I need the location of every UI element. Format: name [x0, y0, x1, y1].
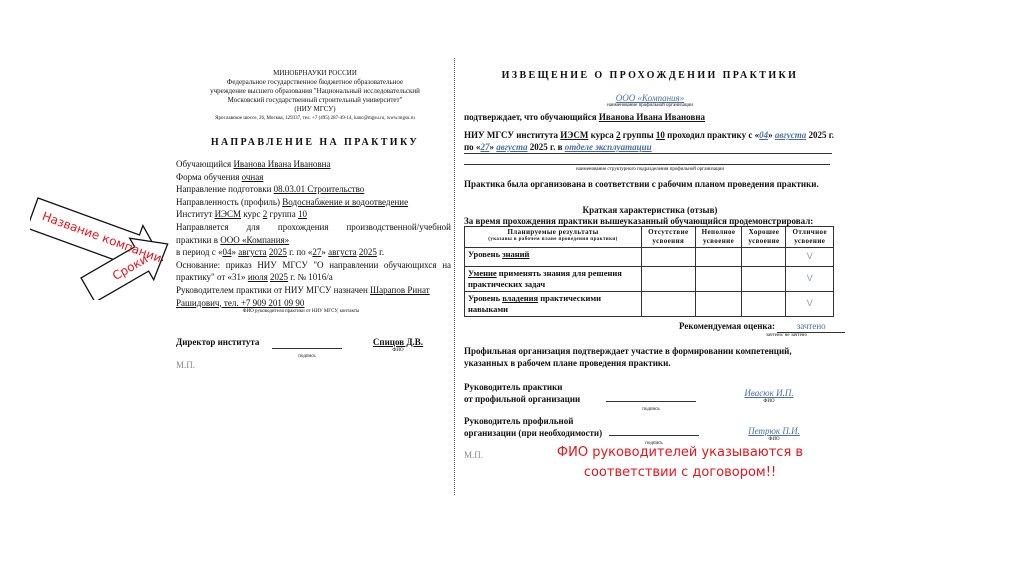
profile-value: Водоснабжение и водоотведение — [282, 197, 408, 207]
signature-line — [609, 425, 699, 436]
supervisor-prefix: Руководителем практики от НИУ МГСУ назна… — [176, 285, 368, 295]
org-line-1: Федеральное государственное бюджетное об… — [180, 78, 450, 87]
basis-word: обучающихся — [384, 259, 437, 272]
mark-cell — [695, 292, 742, 317]
director-name: Спицов Д.В. — [368, 336, 428, 348]
mark-cell — [642, 292, 696, 317]
supervisor-row: Руководителем практики от НИУ МГСУ назна… — [176, 284, 451, 297]
results-header-sub: (указаны в рабочем плане проведения прак… — [468, 237, 638, 243]
end-year-right: 2025 г. в — [530, 142, 563, 152]
end-month-right: августа — [496, 142, 527, 152]
org-short-name: (НИУ МГСУ) — [180, 105, 450, 114]
name-caption: ФИО — [368, 348, 428, 354]
review-title: Краткая характеристика (отзыв) — [464, 204, 836, 216]
sent-word: производственной/учебной — [346, 221, 451, 234]
checkmark-icon: V — [786, 267, 834, 292]
period-to-label: по « — [464, 142, 480, 152]
table-header-row: Планируемые результаты (указаны в рабоче… — [465, 227, 834, 248]
results-header: Планируемые результаты (указаны в рабоче… — [465, 227, 642, 248]
supervisor-org-name-field: Ивасюк И.П. ФИО — [734, 387, 804, 405]
table-row: Умение применять знания для решения прак… — [465, 267, 834, 292]
student-label: Обучающийся — [176, 159, 231, 169]
checkmark-icon: V — [786, 248, 834, 267]
mark-cell — [642, 248, 696, 267]
student-name: Иванова Ивана Ивановна — [233, 159, 330, 169]
sent-word: прохождения — [278, 221, 329, 234]
company-row: практики в ООО «Компания» — [176, 234, 451, 247]
grade-label: Рекомендуемая оценка: — [679, 321, 775, 331]
column-header: Хорошее усвоение — [742, 227, 786, 248]
start-month: августа — [238, 247, 266, 257]
criterion-text: Уровень — [468, 293, 502, 303]
criterion-keyword: знаний — [502, 249, 529, 259]
supervisor-org-block: Руководитель практики от профильной орга… — [464, 381, 836, 413]
institute-value: ИЭСМ — [215, 209, 241, 219]
column-header: Неполное усвоение — [695, 227, 742, 248]
column-header: Отличное усвоение — [786, 227, 834, 248]
department-caption: наименование структурного подразделения … — [464, 167, 836, 173]
course-label-right: курса — [591, 130, 614, 140]
practice-notice: ИЗВЕЩЕНИЕ О ПРОХОЖДЕНИИ ПРАКТИКИ ООО «Ко… — [464, 70, 836, 461]
basis-row-2: практику" от «31» июля 2025 г. № 1016/а — [176, 271, 451, 284]
competency-table: Планируемые результаты (указаны в рабоче… — [464, 226, 834, 317]
page-divider — [454, 58, 455, 495]
university-label: НИУ МГСУ института — [464, 130, 558, 140]
order-month: июля — [248, 272, 268, 282]
order-year: 2025 — [270, 272, 288, 282]
enrollment-row: НИУ МГСУ института ИЭСМ курса 2 группы 1… — [464, 129, 836, 141]
group-label: группа — [270, 209, 296, 219]
profile-row: Направленность (профиль) Водоснабжение и… — [176, 196, 451, 209]
basis-word: приказ — [226, 259, 252, 272]
supervisor-contacts: Рашидович, тел. +7 909 201 09 90 — [176, 298, 304, 308]
institute-right: ИЭСМ — [560, 130, 588, 140]
student-name-right: Иванова Ивана Ивановна — [599, 112, 705, 122]
organized-statement: Практика была организована в соответстви… — [464, 178, 836, 190]
supervisor-row-2: Рашидович, тел. +7 909 201 09 90 — [176, 297, 451, 310]
criterion-cell: Уровень знаний — [465, 248, 642, 267]
signature-line — [606, 391, 696, 402]
referral-fields: Обучающийся Иванова Ивана Ивановна Форма… — [176, 158, 451, 315]
study-form-value: очная — [242, 172, 264, 182]
sent-word: для — [247, 221, 260, 234]
year-suffix: г. — [379, 247, 384, 257]
criterion-keyword: Умение — [468, 268, 497, 278]
company-caption: наименование профильной организации — [464, 103, 836, 109]
student-row: Обучающийся Иванова Ивана Ивановна — [176, 158, 451, 171]
start-year: 2025 — [269, 247, 287, 257]
mark-cell — [742, 248, 786, 267]
director-name-field: Спицов Д.В. ФИО — [368, 336, 428, 354]
signature-caption: подпись — [272, 354, 342, 360]
confirms-row: подтверждает, что обучающийся Иванова Ив… — [464, 111, 836, 123]
results-header-main: Планируемые результаты — [468, 228, 638, 237]
department-name: отделе эксплуатации — [565, 142, 652, 152]
criterion-cell: Умение применять знания для решения прак… — [465, 267, 642, 292]
director-signature-field: подпись — [272, 336, 342, 360]
mark-cell — [742, 292, 786, 317]
group-right: 10 — [656, 130, 665, 140]
basis-word: направлении — [329, 259, 378, 272]
participation-statement: Профильная организация подтверждает учас… — [464, 345, 836, 369]
period-row: в период с «04» августа 2025 г. по «27» … — [176, 246, 451, 259]
sent-row: Направляется для прохождения производств… — [176, 221, 451, 234]
mark-cell — [742, 267, 786, 292]
basis-word: на — [442, 259, 451, 272]
org-line-3: Московский государственный строительный … — [180, 96, 450, 105]
director-role: Директор института — [176, 336, 259, 348]
grade-value: зачтено — [777, 320, 845, 333]
table-row: Уровень знаний V — [465, 248, 834, 267]
checkmark-icon: V — [786, 292, 834, 317]
supervisor-org-name: Ивасюк И.П. — [734, 387, 804, 399]
direction-label: Направление подготовки — [176, 184, 271, 194]
end-day: 27 — [312, 247, 321, 257]
start-year-right: 2025 г. — [808, 130, 834, 140]
department-line — [464, 154, 830, 165]
course-right: 2 — [616, 130, 621, 140]
course-value: 2 — [263, 209, 268, 219]
supervisor-org-signature: подпись — [606, 389, 696, 413]
end-month: августа — [328, 247, 356, 257]
company-name-right: ООО «Компания» — [616, 93, 684, 103]
review-intro: За время прохождения практики вышеуказан… — [464, 216, 836, 226]
grade-row: Рекомендуемая оценка: зачтено — [464, 320, 836, 333]
head-org-name-field: Петрюк П.И. ФИО — [739, 425, 809, 443]
study-form-row: Форма обучения очная — [176, 171, 451, 184]
table-row: Уровень владения практическими навыками … — [465, 292, 834, 317]
group-value: 10 — [298, 209, 307, 219]
confirms-prefix: подтверждает, что обучающийся — [464, 112, 597, 122]
criterion-cell: Уровень владения практическими навыками — [465, 292, 642, 317]
name-caption: ФИО — [734, 399, 804, 405]
group-label-right: группы — [623, 130, 654, 140]
signature-line — [272, 338, 342, 349]
criterion-text: Уровень — [468, 249, 502, 259]
end-year: 2025 — [359, 247, 377, 257]
profile-label: Направленность (профиль) — [176, 197, 280, 207]
basis-word: "О — [313, 259, 323, 272]
basis-word: МГСУ — [282, 259, 307, 272]
column-header: Отсутствие усвоения — [642, 227, 696, 248]
period-from-label: проходил практику с « — [667, 130, 759, 140]
quote-close: » — [768, 130, 773, 140]
mark-cell — [695, 248, 742, 267]
company-name: ООО «Компания» — [220, 235, 289, 245]
start-day-right: 04 — [759, 130, 768, 140]
period-mid: г. по « — [289, 247, 312, 257]
period-end-row: по «27» августа 2025 г. в отделе эксплуа… — [464, 141, 832, 154]
stamp-placeholder: М.П. — [176, 359, 195, 371]
signature-caption: подпись — [606, 407, 696, 413]
basis-row: Основание: приказ НИУ МГСУ "О направлени… — [176, 259, 451, 272]
start-month-right: августа — [775, 130, 806, 140]
supervisor-caption: ФИО руководителя практики от НИУ МГСУ, к… — [176, 309, 426, 315]
order-number: г. № 1016/а — [290, 272, 333, 282]
criterion-keyword: владения — [502, 293, 538, 303]
note-line-2: соответствии с договором!! — [520, 463, 840, 483]
quote-close: » — [489, 142, 494, 152]
left-page-header: МИНОБРНАУКИ РОССИИ Федеральное государст… — [180, 69, 450, 148]
start-day: 04 — [222, 247, 231, 257]
ministry-name: МИНОБРНАУКИ РОССИИ — [180, 69, 450, 78]
course-label: курс — [243, 209, 260, 219]
mark-cell — [695, 267, 742, 292]
direction-row: Направление подготовки 08.03.01 Строител… — [176, 183, 451, 196]
note-line-1: ФИО руководителей указываются в — [520, 443, 840, 463]
supervisor-name: Шарапов Ринат — [370, 285, 430, 295]
mark-cell — [642, 267, 696, 292]
grade-caption: зачтено/ не зачтено — [464, 333, 836, 339]
basis-word: НИУ — [257, 259, 276, 272]
direction-value: 08.03.01 Строительство — [274, 184, 365, 194]
head-org-name: Петрюк П.И. — [739, 425, 809, 437]
institute-row: Институт ИЭСМ курс 2 группа 10 — [176, 208, 451, 221]
managers-note: ФИО руководителей указываются в соответс… — [520, 443, 840, 483]
right-page-title: ИЗВЕЩЕНИЕ О ПРОХОЖДЕНИИ ПРАКТИКИ — [464, 70, 836, 81]
org-line-2: учреждение высшего образования "Национал… — [180, 87, 450, 96]
left-page-title: НАПРАВЛЕНИЕ НА ПРАКТИКУ — [180, 137, 450, 148]
org-address: Ярославское шоссе, 26, Москва, 129337, т… — [180, 116, 450, 122]
